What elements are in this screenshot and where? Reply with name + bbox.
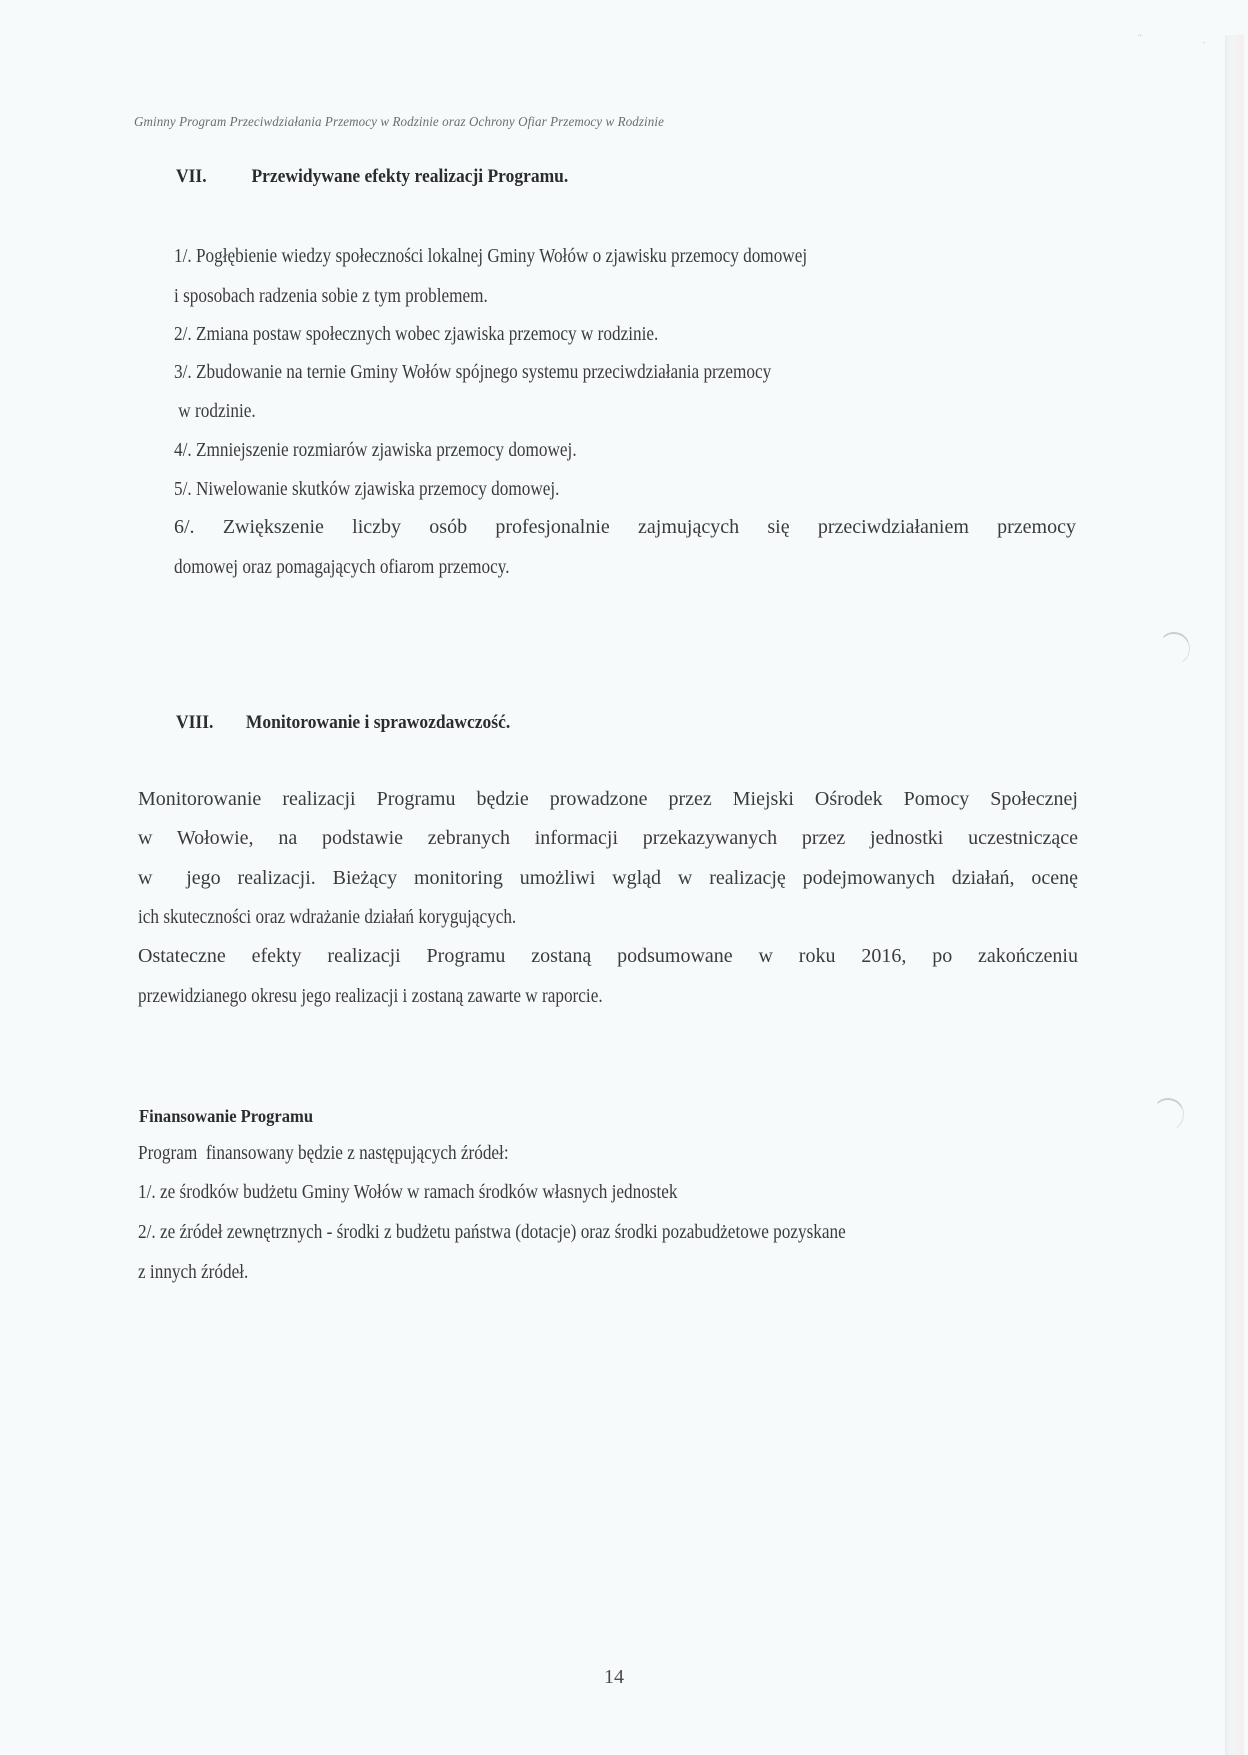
list-item: 2/. ze źródeł zewnętrznych - środki z bu… (138, 1222, 846, 1242)
paragraph-line: Ostateczne efekty realizacji Programu zo… (138, 946, 1078, 966)
section-heading-viii: VIII.Monitorowanie i sprawozdawczość. (176, 712, 510, 734)
document-page: " - Gminny Program Przeciwdziałania Prze… (0, 0, 1248, 1755)
section-title: Przewidywane efekty realizacji Programu. (251, 166, 568, 187)
scan-speck: " (1138, 33, 1141, 42)
section-title: Monitorowanie i sprawozdawczość. (246, 712, 510, 733)
list-item: 5/. Niwelowanie skutków zjawiska przemoc… (174, 479, 559, 499)
paragraph-line: przewidzianego okresu jego realizacji i … (138, 986, 603, 1006)
list-item: 1/. ze środków budżetu Gminy Wołów w ram… (138, 1182, 678, 1202)
hole-punch-mark (1155, 629, 1192, 667)
paragraph-line: w jego realizacji. Bieżący monitoring um… (138, 868, 1078, 888)
financing-heading: Finansowanie Programu (139, 1106, 313, 1127)
list-item: 1/. Pogłębienie wiedzy społeczności loka… (174, 246, 807, 266)
page-number: 14 (604, 1666, 624, 1689)
list-item: 2/. Zmiana postaw społecznych wobec zjaw… (174, 324, 658, 344)
list-item-continuation: z innych źródeł. (138, 1262, 248, 1282)
section-number: VIII. (176, 712, 246, 734)
list-item-continuation: w rodzinie. (174, 401, 256, 421)
paragraph-line: Program finansowany będzie z następujący… (138, 1143, 509, 1163)
list-item-continuation: domowej oraz pomagających ofiarom przemo… (174, 557, 510, 577)
section-heading-vii: VII.Przewidywane efekty realizacji Progr… (176, 166, 568, 188)
scan-edge-stripe (1225, 35, 1244, 1755)
list-item: 3/. Zbudowanie na ternie Gminy Wołów spó… (174, 362, 771, 382)
paragraph-line: ich skuteczności oraz wdrażanie działań … (138, 907, 516, 927)
paragraph-line: Monitorowanie realizacji Programu będzie… (138, 789, 1078, 809)
paragraph-line: w Wołowie, na podstawie zebranych inform… (138, 828, 1078, 848)
list-item: 4/. Zmniejszenie rozmiarów zjawiska prze… (174, 440, 577, 460)
scan-speck: - (1203, 38, 1206, 47)
section-number: VII. (176, 166, 251, 188)
list-item-continuation: i sposobach radzenia sobie z tym problem… (174, 286, 488, 306)
list-item: 6/. Zwiększenie liczby osób profesjonaln… (174, 517, 1076, 537)
running-header: Gminny Program Przeciwdziałania Przemocy… (134, 115, 664, 131)
hole-punch-mark (1149, 1095, 1186, 1133)
